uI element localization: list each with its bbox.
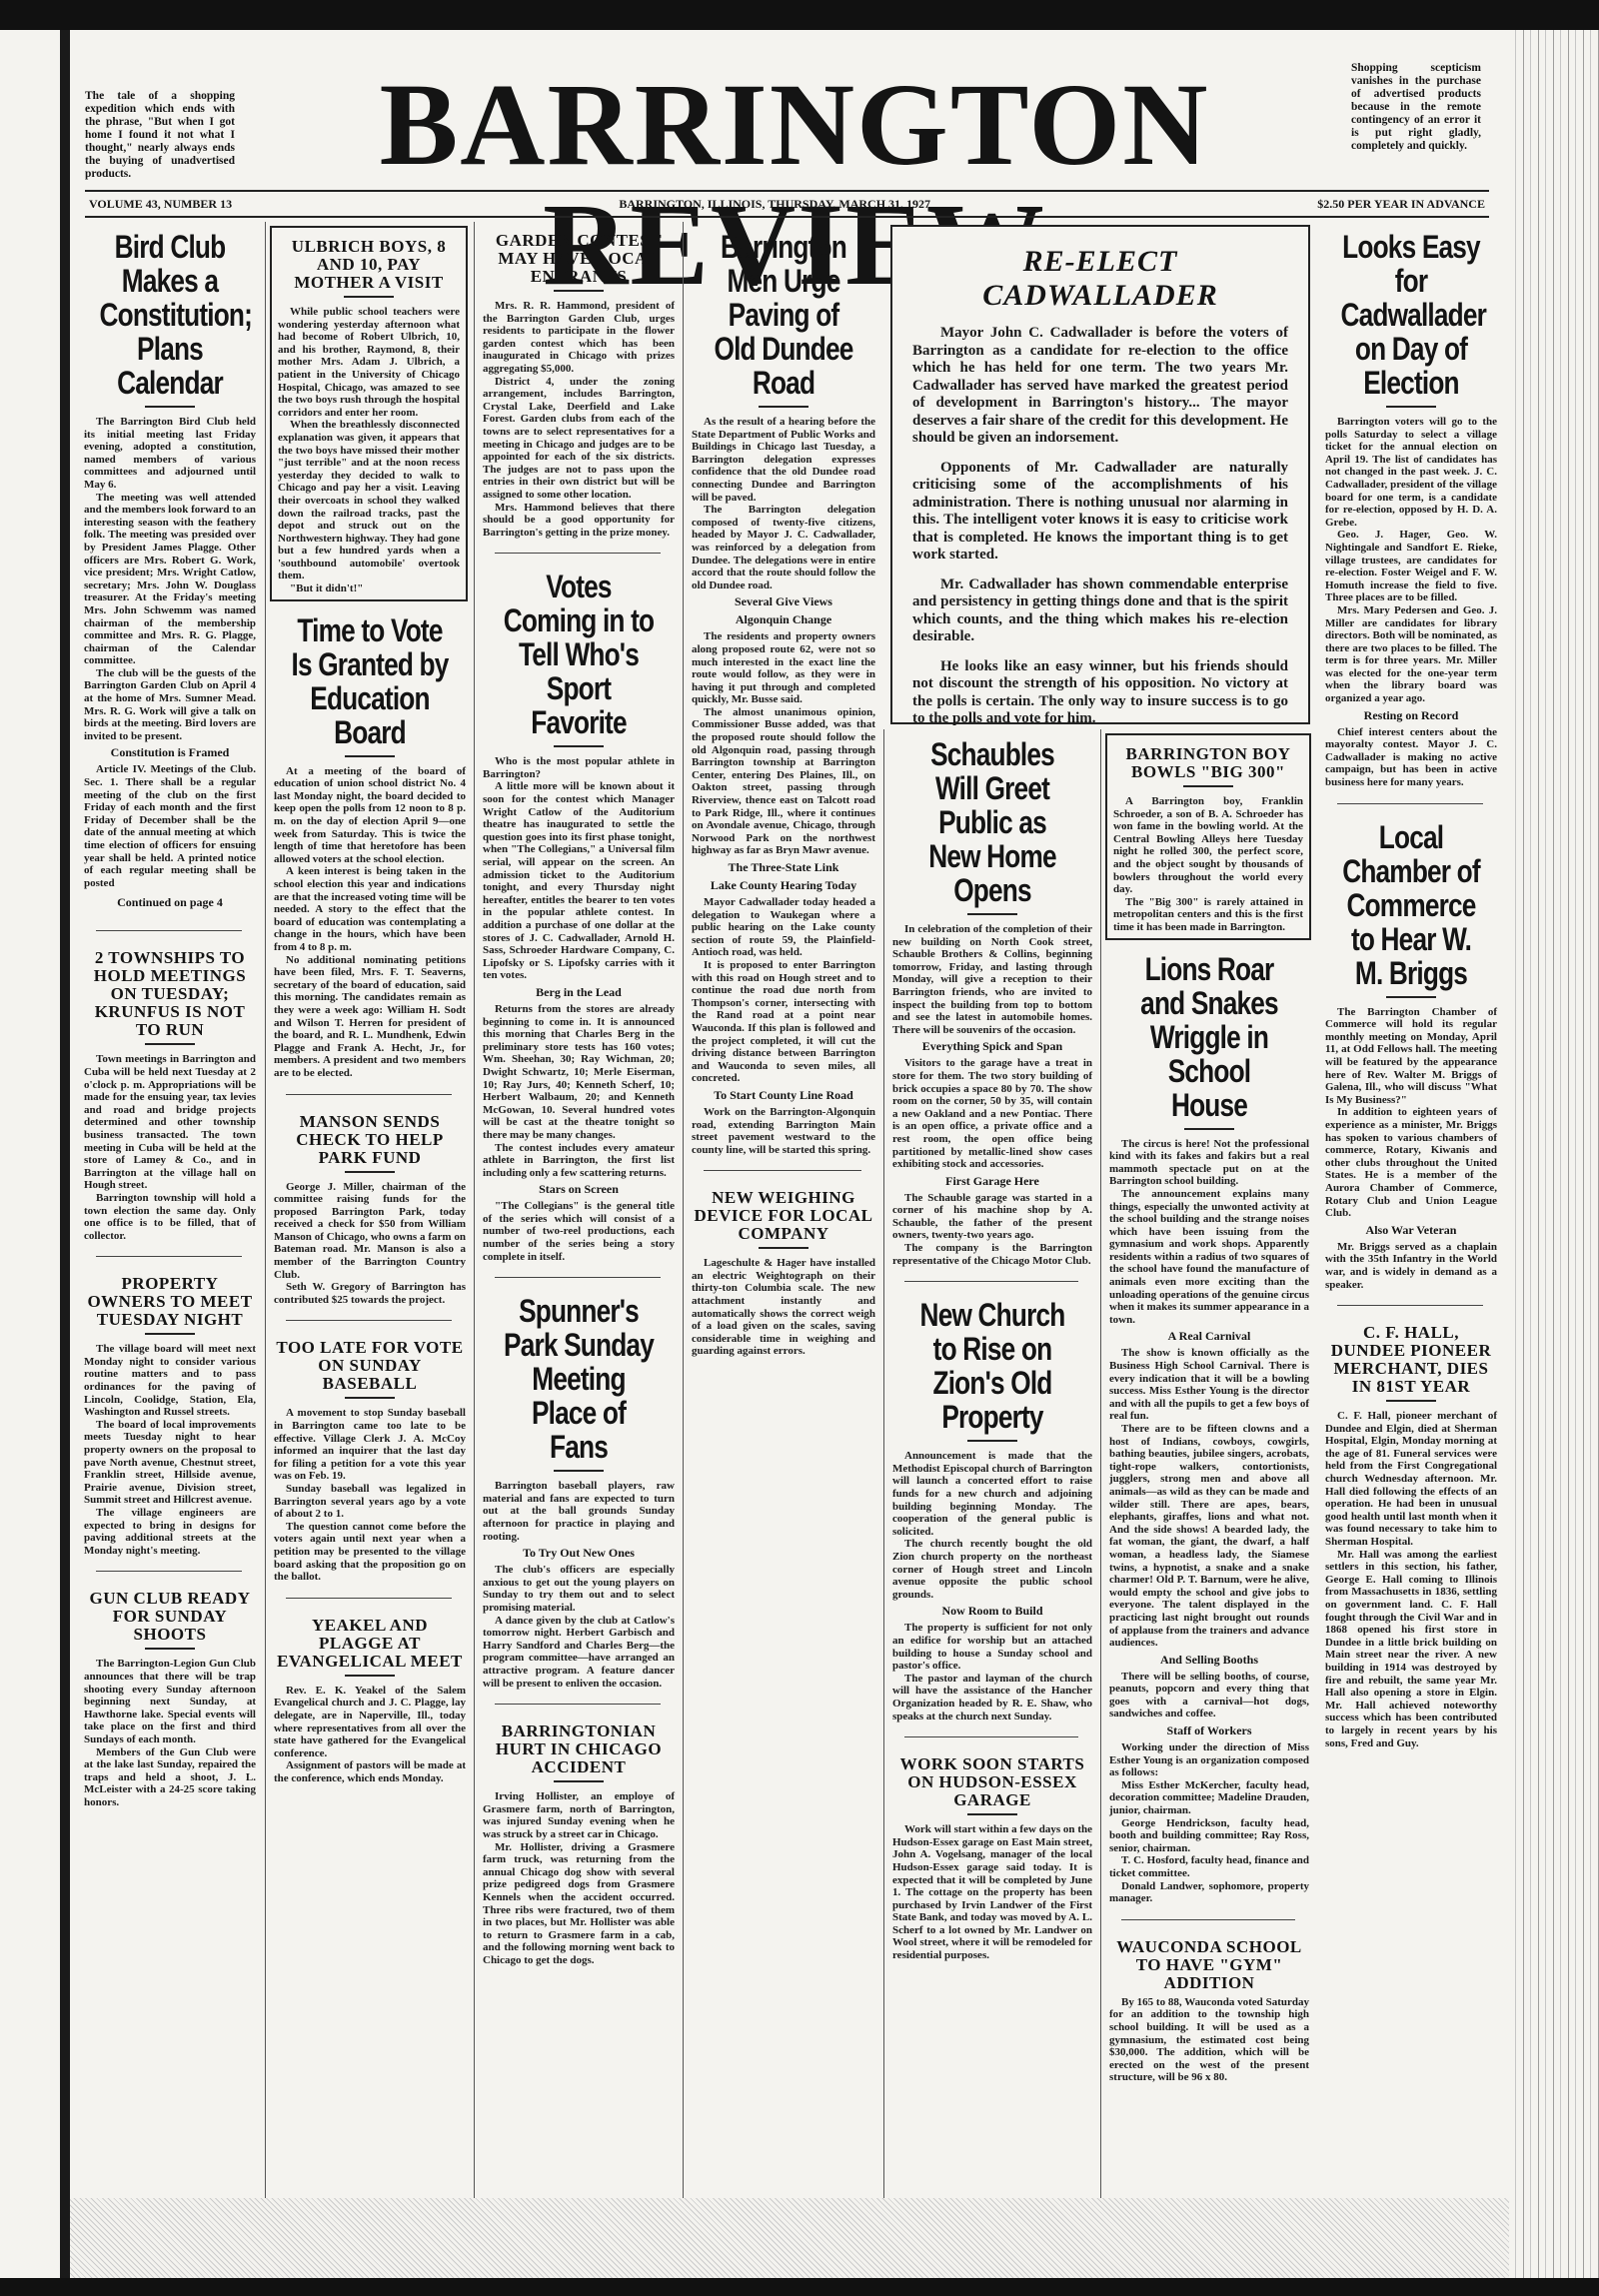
subhead: Now Room to Build [892,1604,1092,1619]
headline: WORK SOON STARTS ON HUDSON-ESSEX GARAGE [892,1755,1092,1809]
article-schaubles: Schaubles Will Greet Public as New Home … [884,729,1098,1273]
left-ear: The tale of a shopping expedition which … [85,90,235,181]
subhead: Berg in the Lead [483,985,675,1000]
headline: Time to Vote Is Granted by Education Boa… [291,613,448,749]
subhead: Several Give Views [692,594,875,609]
article-votes-coming: Votes Coming in to Tell Who's Sport Favo… [475,562,681,1269]
column-1: Bird Club Makes a Constitution; Plans Ca… [76,222,262,2198]
headline: Barrington Men Urge Paving of Old Dundee… [709,230,859,400]
headline: NEW WEIGHING DEVICE FOR LOCAL COMPANY [692,1189,875,1243]
article-weighing-device: NEW WEIGHING DEVICE FOR LOCAL COMPANY La… [684,1179,881,1364]
headline: Local Chamber of Commerce to Hear W. M. … [1340,820,1481,990]
article-barringtonian-hurt: BARRINGTONIAN HURT IN CHICAGO ACCIDENT I… [475,1713,681,1972]
page-bottom-noise [70,2198,1509,2278]
place-date: BARRINGTON, ILLINOIS, THURSDAY, MARCH 31… [615,197,934,212]
headline: GARDEN CONTEST MAY HAVE LOCAL ENTRANTS [483,232,675,286]
continued-notice: Continued on page 4 [84,895,256,910]
headline: GUN CLUB READY FOR SUNDAY SHOOTS [84,1590,256,1644]
article-lions-roar: Lions Roar and Snakes Wriggle in School … [1101,944,1315,1911]
article-hudson-essex: WORK SOON STARTS ON HUDSON-ESSEX GARAGE … [884,1745,1098,1968]
headline: YEAKEL AND PLAGGE AT EVANGELICAL MEET [274,1617,466,1671]
newspaper-page: The tale of a shopping expedition which … [0,30,1599,2278]
headline: Looks Easy for Cadwallader on Day of Ele… [1340,230,1481,400]
headline: ULBRICH BOYS, 8 AND 10, PAY MOTHER A VIS… [278,238,460,292]
headline: C. F. HALL, DUNDEE PIONEER MERCHANT, DIE… [1325,1324,1497,1396]
article-boy-bowls: BARRINGTON BOY BOWLS "BIG 300" A Barring… [1105,733,1311,940]
column-5: Schaubles Will Greet Public as New Home … [883,729,1098,2198]
headline: Bird Club Makes a Constitution; Plans Ca… [99,230,240,400]
page-edge [1509,30,1599,2278]
headline: WAUCONDA SCHOOL TO HAVE "GYM" ADDITION [1109,1938,1309,1992]
headline: Schaubles Will Greet Public as New Home … [910,737,1074,907]
subhead: Everything Spick and Span [892,1039,1092,1054]
article-manson: MANSON SENDS CHECK TO HELP PARK FUND Geo… [266,1103,472,1313]
subhead: To Try Out New Ones [483,1546,675,1561]
headline: Lions Roar and Snakes Wriggle in School … [1127,952,1291,1122]
subhead: First Garage Here [892,1174,1092,1189]
article-hall-obituary: C. F. HALL, DUNDEE PIONEER MERCHANT, DIE… [1317,1314,1503,1755]
article-dundee-road: Barrington Men Urge Paving of Old Dundee… [684,222,881,1162]
headline: New Church to Rise on Zion's Old Propert… [910,1298,1074,1434]
article-townships: 2 TOWNSHIPS TO HOLD MEETINGS ON TUESDAY;… [76,939,262,1248]
headline: Spunner's Park Sunday Meeting Place of F… [500,1294,657,1464]
article-yeakel: YEAKEL AND PLAGGE AT EVANGELICAL MEET Re… [266,1607,472,1791]
headline: BARRINGTON BOY BOWLS "BIG 300" [1113,745,1303,781]
editorial-box: RE-ELECT CADWALLADER Mayor John C. Cadwa… [890,225,1310,724]
headline: BARRINGTONIAN HURT IN CHICAGO ACCIDENT [483,1722,675,1776]
article-gun-club: GUN CLUB READY FOR SUNDAY SHOOTS The Bar… [76,1580,262,1814]
headline: MANSON SENDS CHECK TO HELP PARK FUND [274,1113,466,1167]
article-wauconda-school: WAUCONDA SCHOOL TO HAVE "GYM" ADDITION B… [1101,1928,1315,2090]
subhead: Constitution is Framed [84,745,256,760]
subhead: Staff of Workers [1109,1723,1309,1738]
dateline: VOLUME 43, NUMBER 13 BARRINGTON, ILLINOI… [85,190,1489,218]
headline: 2 TOWNSHIPS TO HOLD MEETINGS ON TUESDAY;… [84,949,256,1039]
article-ulbrich: ULBRICH BOYS, 8 AND 10, PAY MOTHER A VIS… [270,226,468,601]
subhead: The Three-State Link [692,860,875,875]
headline: PROPERTY OWNERS TO MEET TUESDAY NIGHT [84,1275,256,1329]
headline: Votes Coming in to Tell Who's Sport Favo… [500,570,657,739]
subscription-price: $2.50 PER YEAR IN ADVANCE [1313,197,1489,212]
subhead: Algonquin Change [692,612,875,627]
headline: TOO LATE FOR VOTE ON SUNDAY BASEBALL [274,1339,466,1393]
editorial-headline: RE-ELECT CADWALLADER [912,245,1288,313]
article-new-church: New Church to Rise on Zion's Old Propert… [884,1290,1098,1728]
article-time-to-vote: Time to Vote Is Granted by Education Boa… [266,605,472,1086]
article-garden-contest: GARDEN CONTEST MAY HAVE LOCAL ENTRANTS M… [475,222,681,545]
right-ear: Shopping scepticism vanishes in the purc… [1351,62,1481,153]
article-looks-easy: Looks Easy for Cadwallader on Day of Ele… [1317,222,1503,795]
article-chamber: Local Chamber of Commerce to Hear W. M. … [1317,812,1503,1297]
column-7: Looks Easy for Cadwallader on Day of Ele… [1317,222,1503,2198]
subhead: To Start County Line Road [692,1088,875,1103]
volume-number: VOLUME 43, NUMBER 13 [85,197,236,212]
column-2: ULBRICH BOYS, 8 AND 10, PAY MOTHER A VIS… [265,222,472,2198]
article-bird-club: Bird Club Makes a Constitution; Plans Ca… [76,222,262,922]
column-3: GARDEN CONTEST MAY HAVE LOCAL ENTRANTS M… [474,222,681,2198]
subhead: Resting on Record [1325,708,1497,723]
subhead: And Selling Booths [1109,1653,1309,1668]
subhead: Also War Veteran [1325,1223,1497,1238]
subhead: Lake County Hearing Today [692,878,875,893]
article-property-owners: PROPERTY OWNERS TO MEET TUESDAY NIGHT Th… [76,1265,262,1563]
article-too-late: TOO LATE FOR VOTE ON SUNDAY BASEBALL A m… [266,1329,472,1589]
column-6: BARRINGTON BOY BOWLS "BIG 300" A Barring… [1100,729,1315,2198]
subhead: Stars on Screen [483,1182,675,1197]
article-spunners-park: Spunner's Park Sunday Meeting Place of F… [475,1286,681,1696]
column-4: Barrington Men Urge Paving of Old Dundee… [683,222,881,2198]
masthead-title-first: BARRINGTON [380,59,1210,190]
subhead: A Real Carnival [1109,1329,1309,1344]
